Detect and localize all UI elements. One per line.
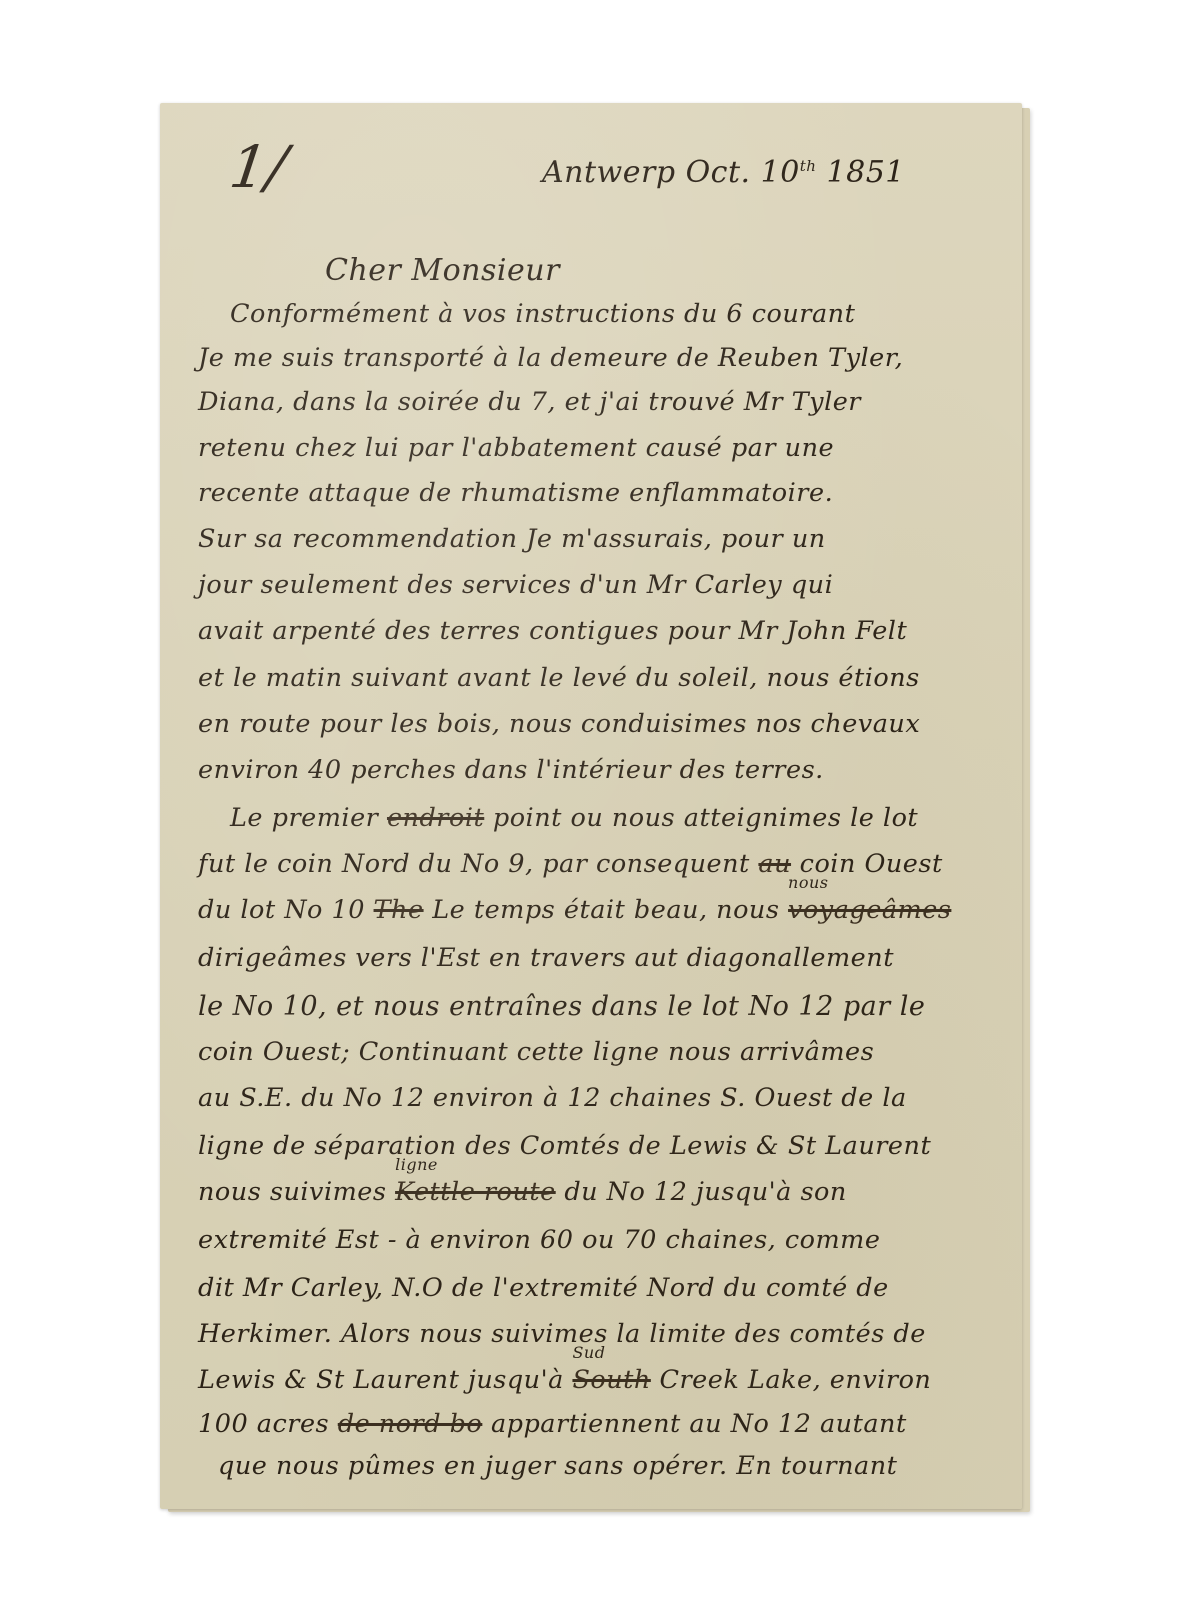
folio-number: 1/ bbox=[219, 133, 299, 201]
text-line: avait arpenté des terres contigues pour … bbox=[198, 616, 907, 646]
inserted-word: ligne bbox=[395, 1155, 438, 1174]
text-line: dit Mr Carley, N.O de l'extremité Nord d… bbox=[198, 1273, 889, 1303]
dateline: Antwerp Oct. 10th 1851 bbox=[542, 155, 905, 190]
text-line: Herkimer. Alors nous suivimes la limite … bbox=[198, 1319, 926, 1349]
text-line-with-strike: Lewis & St Laurent jusqu'à Sud South Cre… bbox=[198, 1365, 931, 1395]
text-line: jour seulement des services d'un Mr Carl… bbox=[198, 570, 833, 600]
struck-word: South bbox=[572, 1365, 650, 1395]
text-line: que nous pûmes en juger sans opérer. En … bbox=[218, 1451, 897, 1481]
text-line-with-strike: du lot No 10 The Le temps était beau, no… bbox=[198, 895, 951, 925]
date-year: 1851 bbox=[827, 155, 905, 190]
insertion: Sud South bbox=[572, 1365, 659, 1395]
text-line: et le matin suivant avant le levé du sol… bbox=[198, 663, 920, 693]
text-line: ligne de séparation des Comtés de Lewis … bbox=[198, 1131, 931, 1161]
text-line: extremité Est - à environ 60 ou 70 chain… bbox=[198, 1225, 880, 1255]
text-line: le No 10, et nous entraînes dans le lot … bbox=[198, 991, 925, 1022]
text-line: Diana, dans la soirée du 7, et j'ai trou… bbox=[198, 387, 861, 417]
text-line-with-strike: fut le coin Nord du No 9, par consequent… bbox=[198, 849, 943, 879]
struck-word: voyageâmes bbox=[788, 895, 951, 925]
date-suffix: th bbox=[800, 157, 817, 175]
struck-word: Kettle route bbox=[395, 1177, 556, 1207]
inserted-word: Sud bbox=[572, 1343, 605, 1362]
place: Antwerp bbox=[542, 155, 676, 190]
text-line: dirigeâmes vers l'Est en travers aut dia… bbox=[198, 943, 894, 973]
text-line-with-strike: 100 acres de nord bo appartiennent au No… bbox=[198, 1409, 907, 1439]
insertion: nous voyageâmes bbox=[788, 895, 951, 925]
inserted-word: nous bbox=[788, 873, 828, 892]
salutation: Cher Monsieur bbox=[325, 253, 560, 288]
text-line: au S.E. du No 12 environ à 12 chaines S.… bbox=[198, 1083, 907, 1113]
text-line: Sur sa recommendation Je m'assurais, pou… bbox=[198, 524, 826, 554]
text-line-with-strike: Le premier endroit point ou nous atteign… bbox=[230, 803, 918, 833]
letter-page: 1/ Antwerp Oct. 10th 1851 Cher Monsieur … bbox=[160, 103, 1022, 1509]
text-line-with-strike: nous suivimes ligne Kettle route du No 1… bbox=[198, 1177, 847, 1207]
struck-word: The bbox=[374, 895, 424, 925]
struck-word: endroit bbox=[387, 803, 484, 833]
text-line: retenu chez lui par l'abbatement causé p… bbox=[198, 433, 834, 463]
insertion: ligne Kettle route bbox=[395, 1177, 564, 1207]
text-line: recente attaque de rhumatisme enflammato… bbox=[198, 478, 833, 508]
date-month: Oct. 10 bbox=[686, 155, 800, 190]
text-line: Je me suis transporté à la demeure de Re… bbox=[198, 343, 903, 373]
text-line: environ 40 perches dans l'intérieur des … bbox=[198, 755, 824, 785]
text-line: coin Ouest; Continuant cette ligne nous … bbox=[198, 1037, 874, 1067]
struck-word: de nord bo bbox=[338, 1409, 483, 1439]
struck-word: au bbox=[758, 849, 791, 879]
text-line: Conformément à vos instructions du 6 cou… bbox=[230, 299, 855, 329]
text-line: en route pour les bois, nous conduisimes… bbox=[198, 709, 920, 739]
